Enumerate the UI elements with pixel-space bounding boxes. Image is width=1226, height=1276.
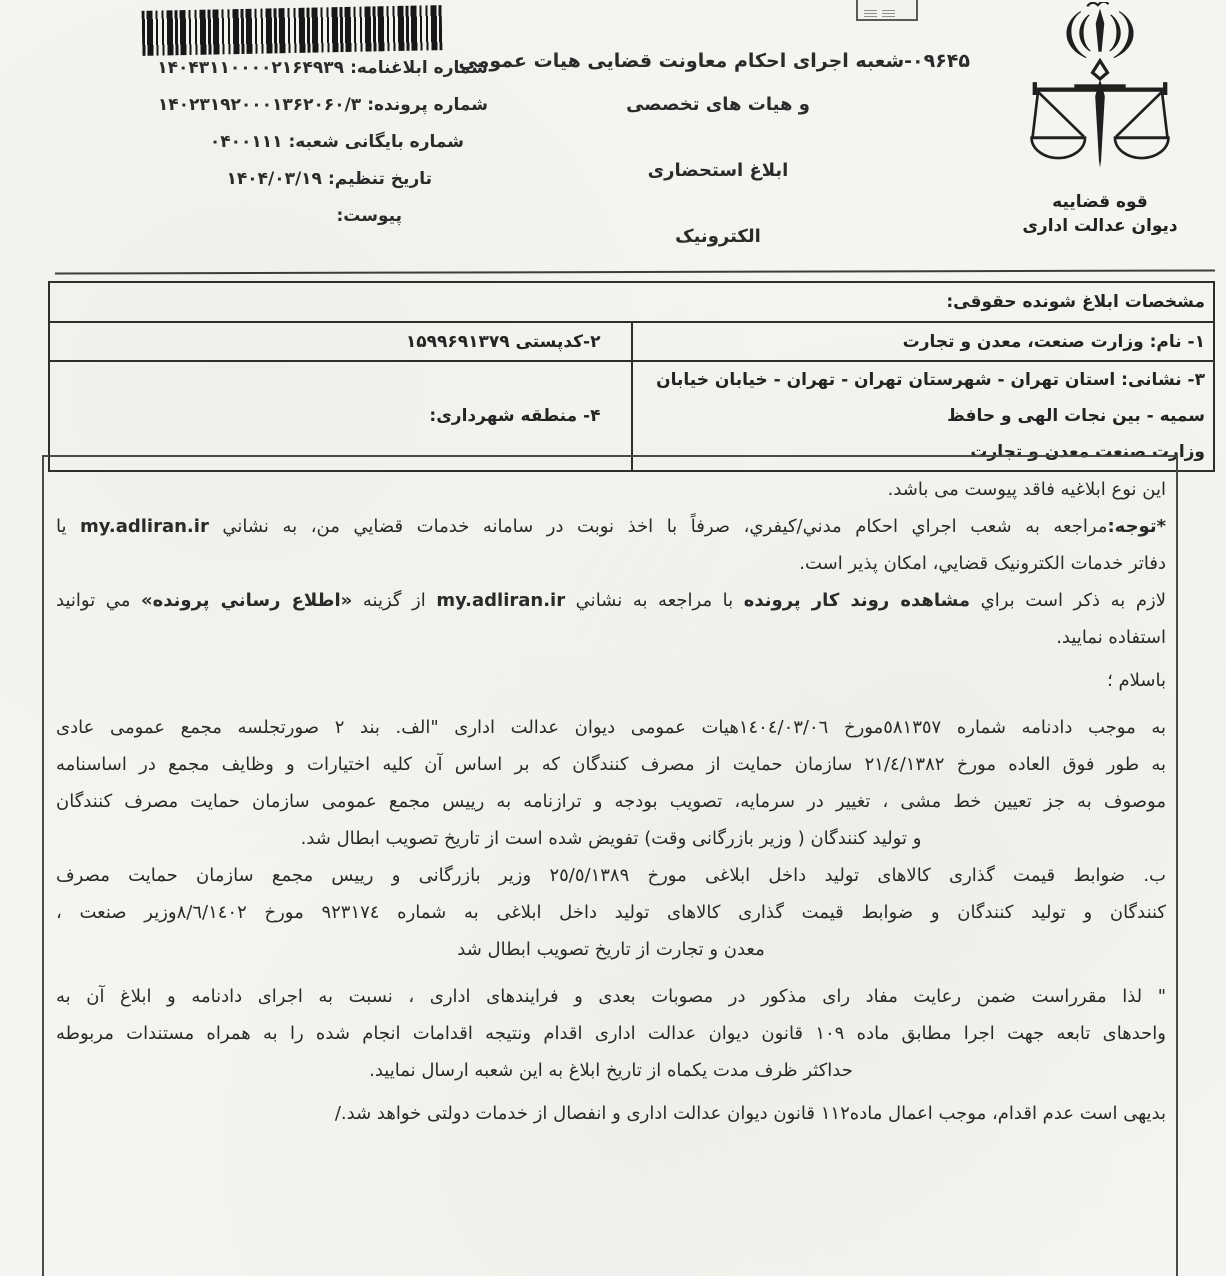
body-text-line: لازم به ذکر است براي مشاهده روند کار پرو… [56,582,1166,619]
reference-field-line: پیوست: [148,198,490,235]
recipient-name-cell: ۱- نام: وزارت صنعت، معدن و تجارت [632,322,1215,361]
reference-field-label: تاریخ تنظیم: [328,169,432,189]
reference-field-label: پیوست: [337,206,403,226]
reference-field-label: شماره بایگانی شعبه: [288,132,464,152]
body-text-line: حداکثر ظرف مدت یکماه از تاریخ ابلاغ به ا… [56,1052,1166,1089]
top-divider-line [55,269,1215,274]
judiciary-scales-emblem-icon [1025,2,1175,188]
body-text-line: بدیهی است عدم اقدام، موجب اعمال ماده١١٢ … [56,1095,1166,1132]
body-text-line: معدن و تجارت از تاریخ تصویب ابطال شد [56,931,1166,968]
authority-name: قوه قضاییه [1002,190,1198,214]
body-text-line: " لذا مقرراست ضمن رعایت مفاد رای مذکور د… [56,978,1166,1015]
header-title-block: ۰۹۶۴۵-شعبه اجرای احکام معاونت قضایی هیات… [466,46,970,252]
body-text-line: واحدهای تابعه جهت اجرا مطابق ماده ١٠٩ قا… [56,1015,1166,1052]
table-title-row: مشخصات ابلاغ شونده حقوقی: [49,282,1214,322]
header-title-line: و هیات های تخصصی [466,90,970,120]
header-title-line: ۰۹۶۴۵-شعبه اجرای احکام معاونت قضایی هیات… [466,46,970,76]
reference-field-line: شماره ابلاغنامه:۱۴۰۴۳۱۱۰۰۰۰۲۱۶۴۹۳۹ [148,50,490,87]
body-text-line: کنندگان و تولید کنندگان و ضوابط قیمت گذا… [56,894,1166,931]
body-text-line: و تولید کنندگان ( وزیر بازرگانی وقت) تفو… [56,820,1166,857]
header-title-line: الکترونیک [466,222,970,252]
municipal-district-label: ۴- منطقه شهرداری: [54,406,623,426]
body-text-line: استفاده نمایید. [56,619,1166,656]
reference-field-value: ۱۴۰۴۳۱۱۰۰۰۰۲۱۶۴۹۳۹ [157,58,350,78]
body-text-line: به طور فوق العاده مورخ ٢١/٤/١٣٨٢ سازمان … [56,746,1166,783]
notice-body: این نوع ابلاغیه فاقد پیوست می باشد.*توجه… [42,455,1178,1276]
barcode [142,5,443,56]
reference-field-line: شماره بایگانی شعبه:۰۴۰۰۱۱۱ [148,124,490,161]
postal-code-cell: ۲-کدپستی ۱۵۹۹۶۹۱۳۷۹ [49,322,632,361]
table-title: مشخصات ابلاغ شونده حقوقی: [49,282,1214,322]
recipient-info-table: مشخصات ابلاغ شونده حقوقی: ۱- نام: وزارت … [48,281,1215,472]
authority-court-name: دیوان عدالت اداری [1002,214,1198,238]
body-text-line: موصوف به جز تعیین خط مشی ، تغییر در سرما… [56,783,1166,820]
body-text-line: ب. ضوابط قیمت گذاری کالاهای تولید داخل ا… [56,857,1166,894]
body-text-line: به موجب دادنامه شماره ٥٨١٣٥٧مورخ ١٤٠٤/٠٣… [56,709,1166,746]
reference-field-line: شماره پرونده:۱۴۰۲۳۱۹۲۰۰۰۱۳۶۲۰۶۰/۳ [148,87,490,124]
scanned-judicial-notice-page: شماره ابلاغنامه:۱۴۰۴۳۱۱۰۰۰۰۲۱۶۴۹۳۹شماره … [0,0,1226,1276]
stamp-box [856,0,918,21]
body-text-line: دفاتر خدمات الکترونیک قضایي، امکان پذیر … [56,545,1166,582]
reference-field-value: ۱۴۰۲۳۱۹۲۰۰۰۱۳۶۲۰۶۰/۳ [158,95,367,115]
body-text-line: باسلام ؛ [56,662,1166,699]
reference-field-line: تاریخ تنظیم:۱۴۰۴/۰۳/۱۹ [148,161,490,198]
header-reference-fields: شماره ابلاغنامه:۱۴۰۴۳۱۱۰۰۰۰۲۱۶۴۹۳۹شماره … [148,50,490,235]
address-line-1: ۳- نشانی: استان تهران - شهرستان تهران - … [641,362,1206,434]
reference-field-value: ۰۴۰۰۱۱۱ [210,132,289,152]
header-title-line: ابلاغ استحضاری [466,156,970,186]
postal-code-value: ۲-کدپستی ۱۵۹۹۶۹۱۳۷۹ [54,332,623,352]
reference-field-value: ۱۴۰۴/۰۳/۱۹ [227,169,328,189]
body-text-line: *توجه:مراجعه به شعب اجراي احکام مدني/کیف… [56,508,1166,545]
table-row: ۱- نام: وزارت صنعت، معدن و تجارت ۲-کدپست… [49,322,1214,361]
authority-block: قوه قضاییه دیوان عدالت اداری [1002,2,1198,238]
body-text-line: این نوع ابلاغیه فاقد پیوست می باشد. [56,471,1166,508]
